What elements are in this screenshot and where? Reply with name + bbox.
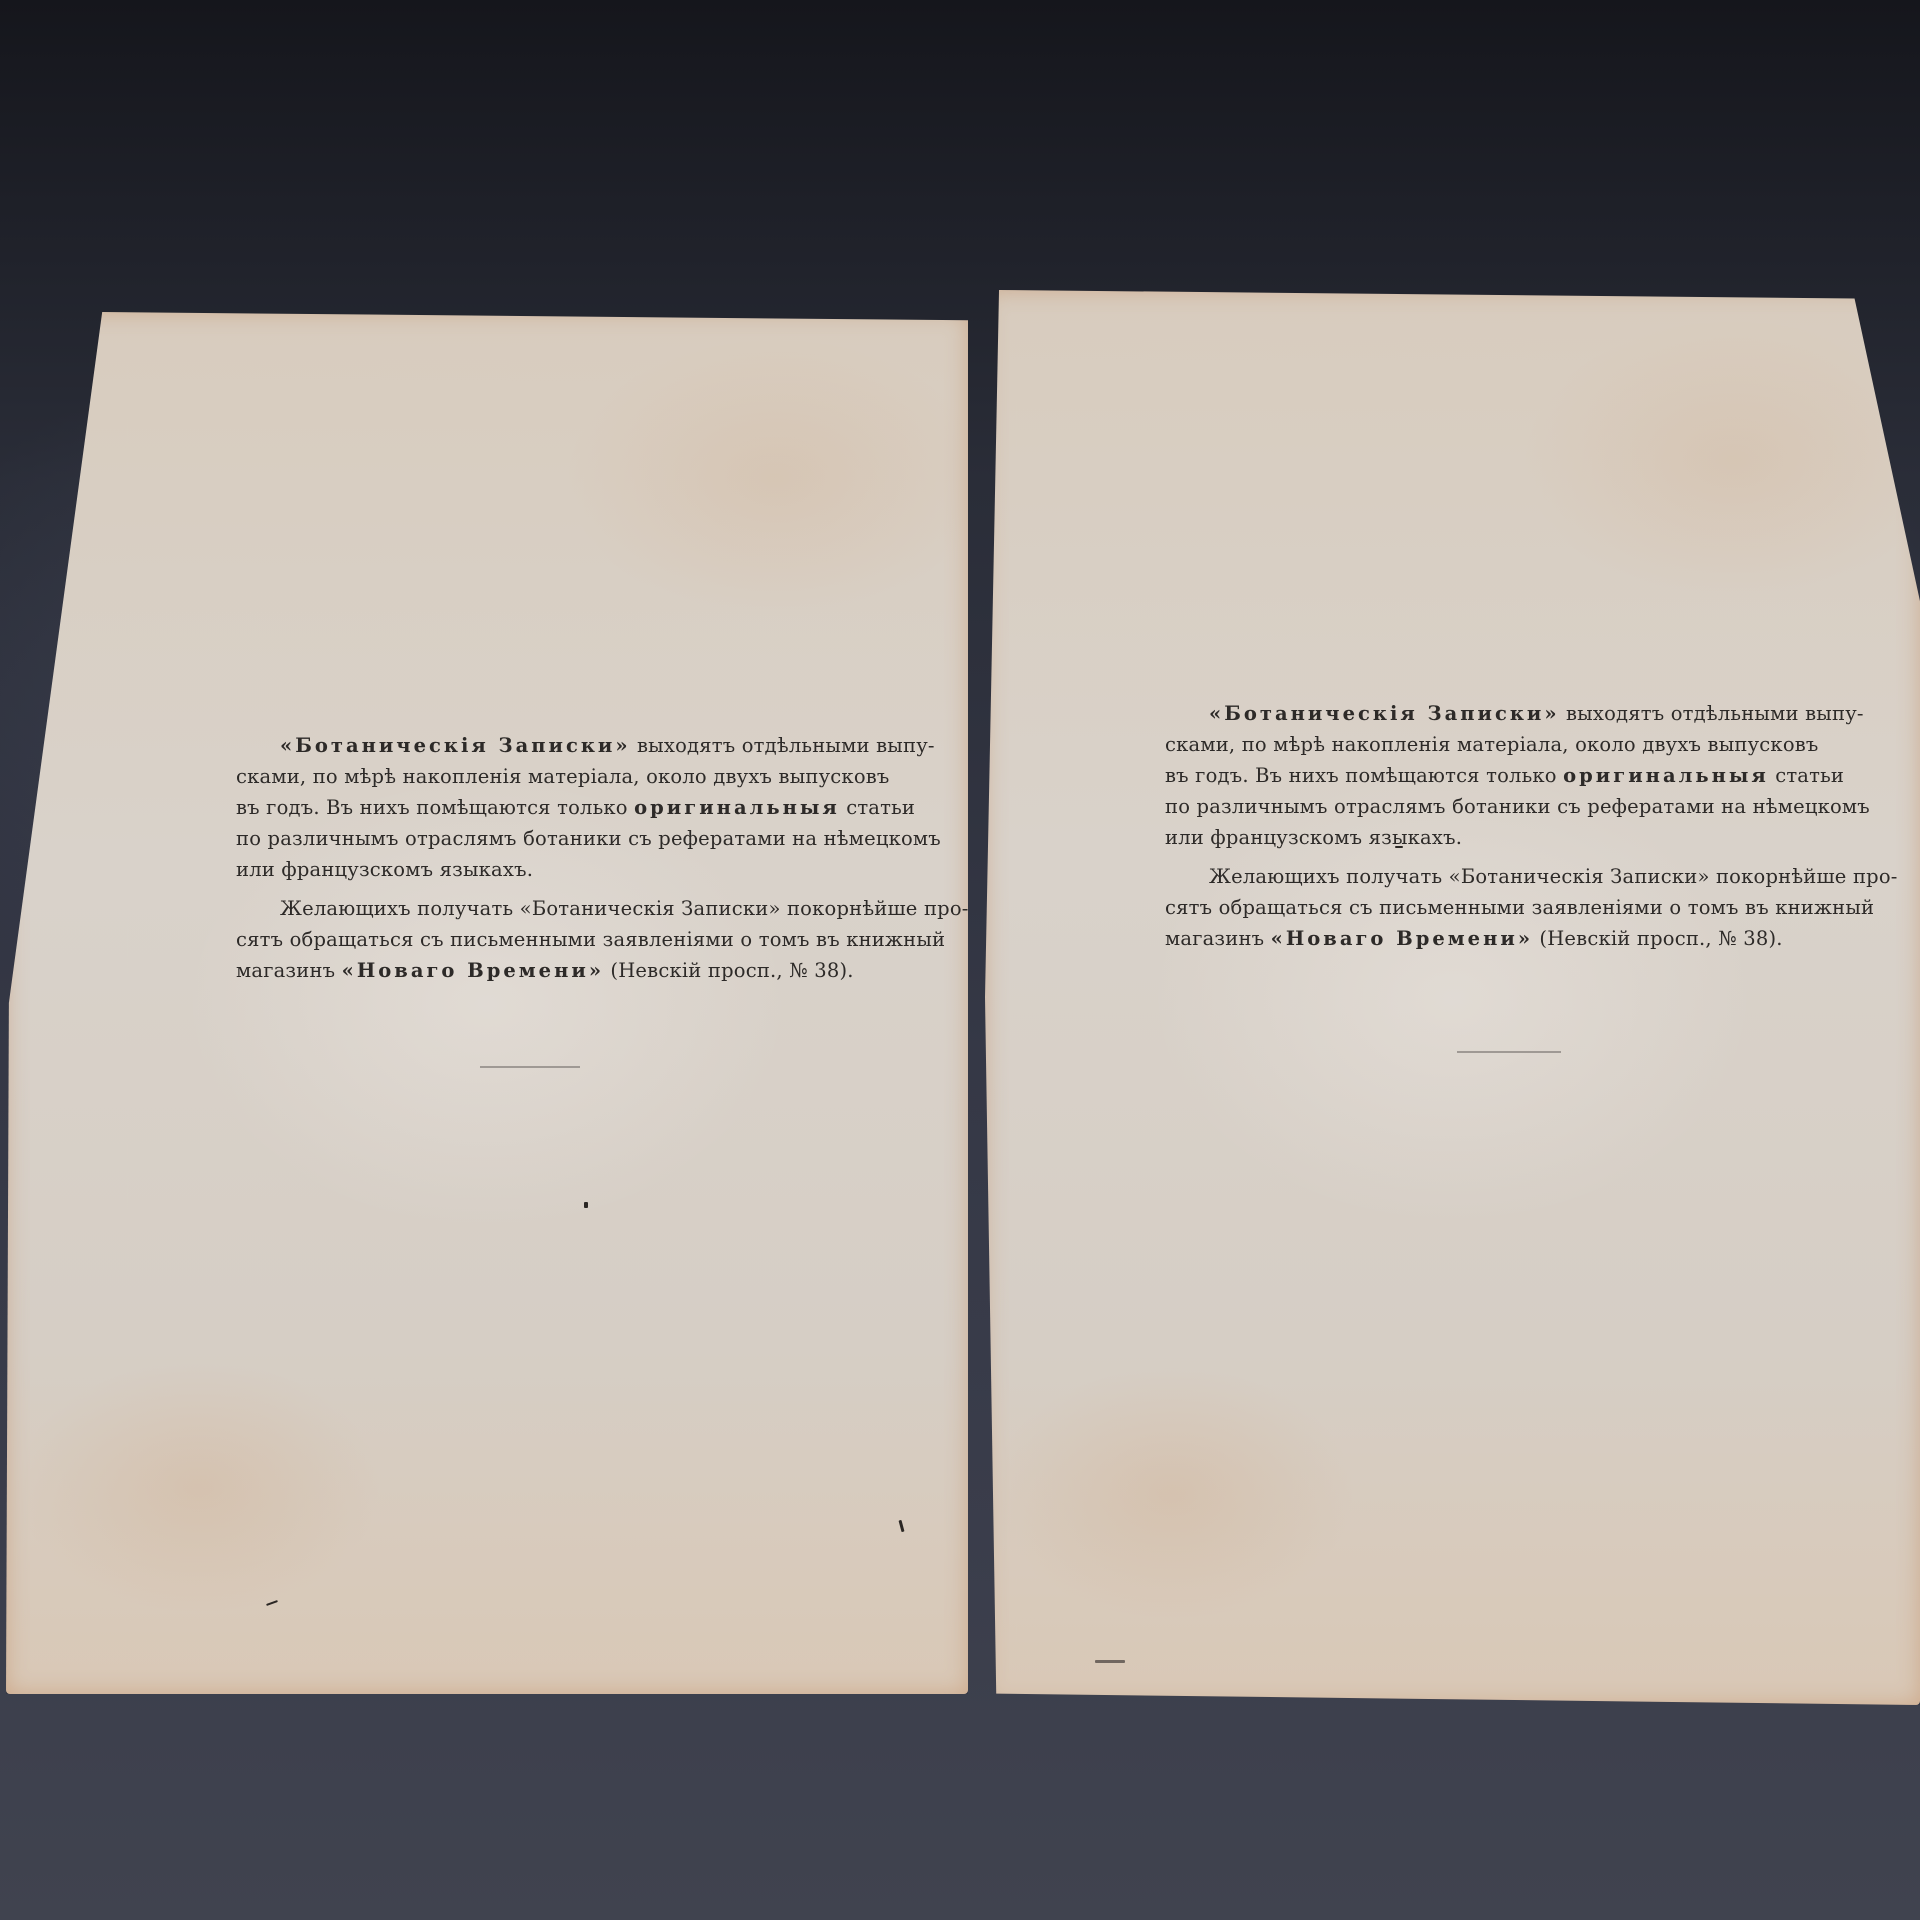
text-line: въ годъ. Въ нихъ помѣщаются только ориги… bbox=[1165, 760, 1787, 791]
back-cover-left: «Ботаническія Записки» выходятъ отдѣльны… bbox=[6, 312, 968, 1694]
text-line: сятъ обращаться съ письменными заявленія… bbox=[236, 924, 848, 955]
text-line: Желающихъ получать «Ботаническія Записки… bbox=[1165, 861, 1787, 892]
text-line: «Ботаническія Записки» выходятъ отдѣльны… bbox=[236, 730, 848, 761]
back-cover-right: «Ботаническія Записки» выходятъ отдѣльны… bbox=[985, 290, 1920, 1705]
notice-paragraph-subscription: Желающихъ получать «Ботаническія Записки… bbox=[236, 893, 848, 986]
text-line: «Ботаническія Записки» выходятъ отдѣльны… bbox=[1165, 698, 1787, 729]
notice-paragraph-subscription: Желающихъ получать «Ботаническія Записки… bbox=[1165, 861, 1787, 954]
rule-divider bbox=[480, 1066, 580, 1068]
emphasis-original: оригинальныя bbox=[634, 796, 840, 819]
notice-paragraph-publication: «Ботаническія Записки» выходятъ отдѣльны… bbox=[1165, 698, 1787, 853]
text-line: по различнымъ отраслямъ ботаники съ рефе… bbox=[236, 823, 848, 854]
notice-paragraph-publication: «Ботаническія Записки» выходятъ отдѣльны… bbox=[236, 730, 848, 885]
text-line: или французскомъ языкахъ. bbox=[1165, 822, 1787, 853]
journal-title: «Ботаническія Записки» bbox=[280, 734, 631, 757]
bookshop-name: «Новаго Времени» bbox=[342, 959, 604, 982]
text-line: сками, по мѣрѣ накопленія матеріала, око… bbox=[236, 761, 848, 792]
text-line: по различнымъ отраслямъ ботаники съ рефе… bbox=[1165, 791, 1787, 822]
paper-speck bbox=[1095, 1660, 1125, 1663]
text-line: магазинъ «Новаго Времени» (Невскій просп… bbox=[1165, 923, 1787, 954]
notice-text-block: «Ботаническія Записки» выходятъ отдѣльны… bbox=[1165, 698, 1787, 954]
text-line: сятъ обращаться съ письменными заявленія… bbox=[1165, 892, 1787, 923]
paper-speck bbox=[584, 1202, 588, 1208]
text-line: сками, по мѣрѣ накопленія матеріала, око… bbox=[1165, 729, 1787, 760]
text-line: въ годъ. Въ нихъ помѣщаются только ориги… bbox=[236, 792, 848, 823]
notice-text-block: «Ботаническія Записки» выходятъ отдѣльны… bbox=[236, 730, 848, 986]
paper-speck bbox=[898, 1520, 904, 1532]
rule-divider bbox=[1457, 1051, 1561, 1053]
text-line: Желающихъ получать «Ботаническія Записки… bbox=[236, 893, 848, 924]
paper-speck bbox=[266, 1600, 278, 1606]
paper-speck bbox=[1395, 846, 1403, 848]
journal-title: «Ботаническія Записки» bbox=[1209, 702, 1560, 725]
text-line: магазинъ «Новаго Времени» (Невскій просп… bbox=[236, 955, 848, 986]
emphasis-original: оригинальныя bbox=[1563, 764, 1769, 787]
text-line: или французскомъ языкахъ. bbox=[236, 854, 848, 885]
bookshop-name: «Новаго Времени» bbox=[1271, 927, 1533, 950]
